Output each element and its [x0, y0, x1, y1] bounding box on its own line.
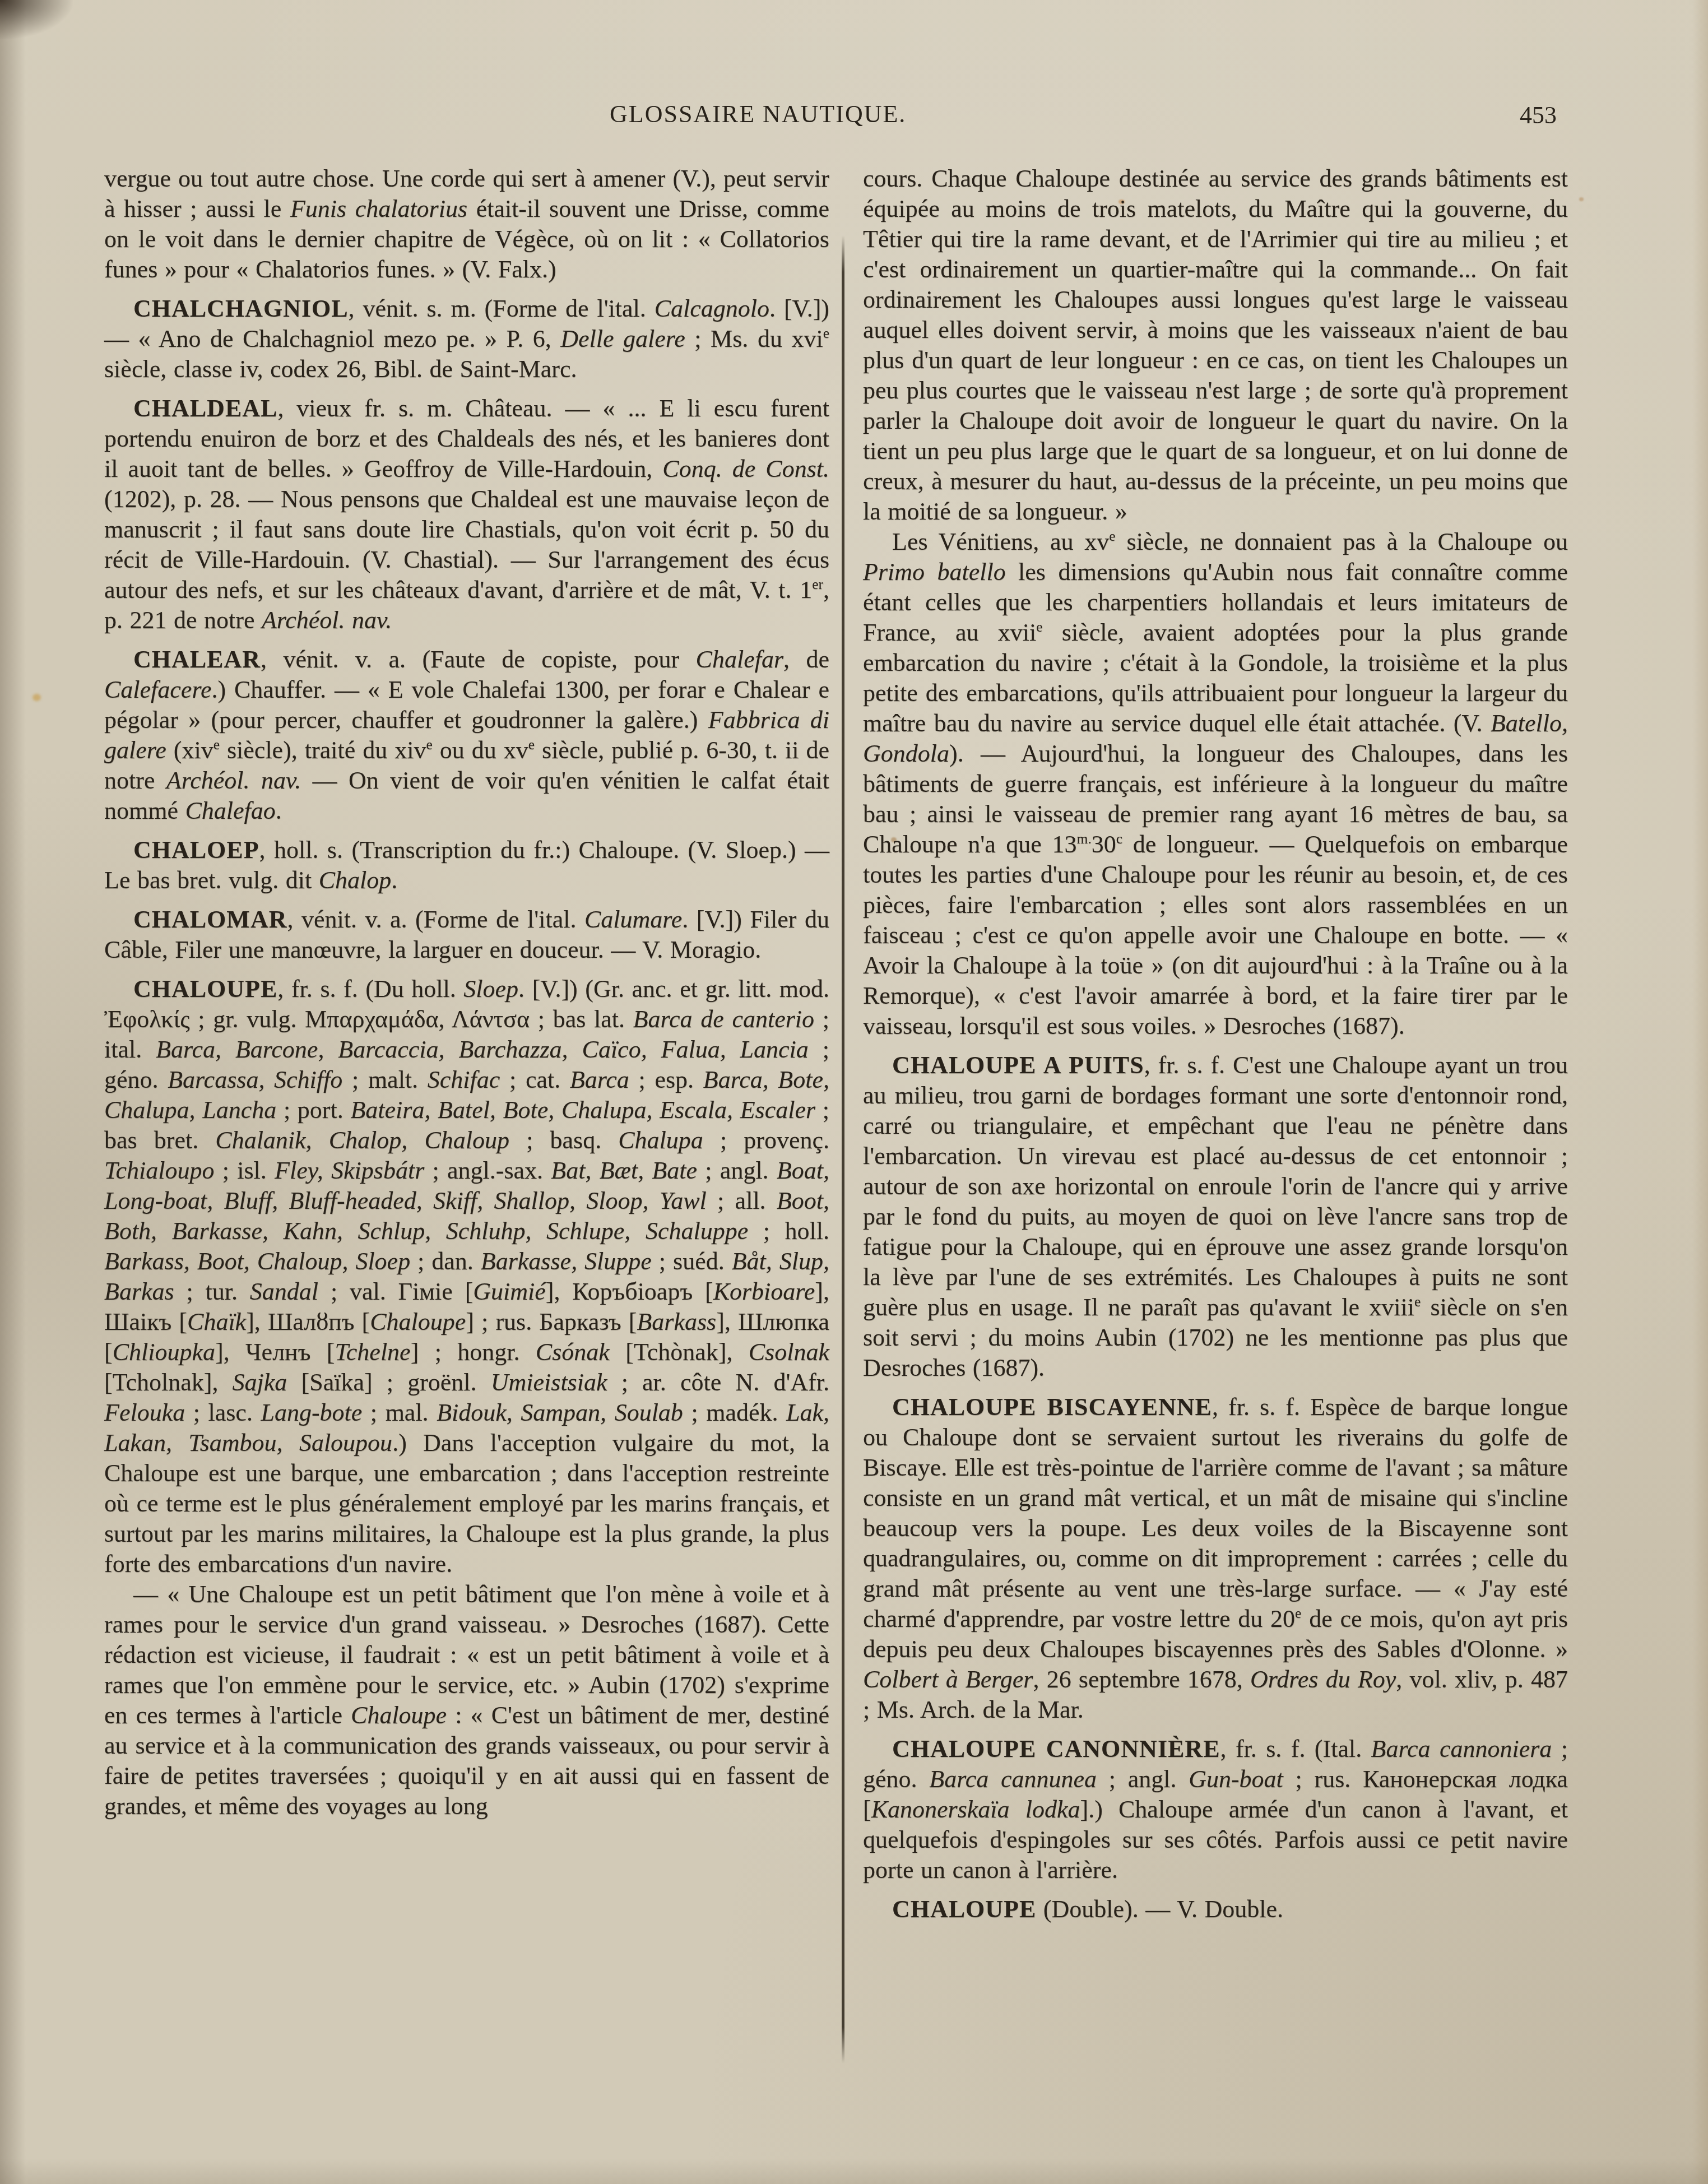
paper-stain [1579, 197, 1584, 201]
entry-chaloupe-a-puits: CHALOUPE A PUITS, fr. s. f. C'est une Ch… [863, 1050, 1568, 1383]
entry-chaloupe-biscayenne: CHALOUPE BISCAYENNE, fr. s. f. Espèce de… [863, 1392, 1568, 1725]
text-segment: [Saïka] ; groënl. [287, 1369, 490, 1396]
text-segment: Chlioupka [113, 1338, 215, 1366]
entry-chalomar: CHALOMAR, vénit. v. a. (Forme de l'ital.… [104, 905, 829, 965]
entry-headword: CHALDEAL [133, 395, 277, 422]
column-divider-rule [842, 235, 844, 2064]
text-segment: Tchialoupo [104, 1157, 214, 1184]
text-segment: (Double). — V. Double. [1036, 1895, 1283, 1923]
text-segment: ; isl. [214, 1157, 275, 1184]
continuation-chalatorius: vergue ou tout autre chose. Une corde qu… [104, 164, 829, 285]
entry-headword: CHALOUPE BISCAYENNE [892, 1393, 1212, 1421]
text-segment: Barkass, Boot, Chaloup, Sloep [104, 1248, 410, 1275]
text-segment: Fley, Skipsbátr [275, 1157, 424, 1184]
text-segment: ; angl. [1097, 1765, 1189, 1793]
entry-headword: CHALOUPE A PUITS [892, 1051, 1144, 1079]
text-segment: ; provenç. [703, 1126, 829, 1154]
text-segment: ; angl. [697, 1157, 777, 1184]
text-segment: ], Челнъ [ [215, 1338, 335, 1366]
running-title: GLOSSAIRE NAUTIQUE. [610, 100, 906, 128]
text-segment: Felouka [104, 1399, 185, 1426]
text-segment: ; basq. [509, 1126, 618, 1154]
scan-corner-shadow [0, 0, 73, 39]
text-segment: (xiv [166, 736, 214, 764]
text-segment: Primo batello [863, 558, 1006, 586]
text-segment: ], Коръбіоаръ [ [546, 1278, 713, 1305]
text-segment: ; ar. côte N. d'Afr. [607, 1369, 830, 1396]
text-segment: , fr. s. f. (Ital. [1220, 1735, 1371, 1763]
text-segment: Sajka [233, 1369, 287, 1396]
text-segment: Bateira, Batel, Bote, Chalupa, Escala, E… [350, 1096, 815, 1124]
text-segment: Chalanik, Chalop, Chaloup [215, 1126, 509, 1154]
text-segment: , fr. s. f. Espèce de barque longue ou C… [863, 1393, 1568, 1633]
text-segment: ], Шалȣпъ [ [246, 1308, 370, 1336]
text-segment: ; angl.-sax. [424, 1157, 551, 1184]
text-segment: e [528, 736, 535, 753]
text-segment: Schifac [428, 1066, 500, 1093]
text-segment: Sandal [250, 1278, 318, 1305]
text-segment: e [823, 325, 829, 341]
entry-chaloep: CHALOEP, holl. s. (Transcription du fr.:… [104, 835, 829, 896]
text-segment: Bat, Bæt, Bate [551, 1157, 697, 1184]
entry-chaloupe: CHALOUPE, fr. s. f. (Du holl. Sloep. [V.… [104, 974, 829, 1579]
text-segment: ; mal. [362, 1399, 437, 1426]
text-segment: Barkasse, Sluppe [481, 1248, 652, 1275]
text-segment: Conq. de Const. [662, 455, 829, 483]
text-segment: Korbioare [713, 1278, 815, 1305]
text-segment: Calcagnolo [655, 295, 769, 322]
text-segment: Tchelne [335, 1338, 410, 1366]
text-segment: Chalefar [696, 646, 783, 673]
entry-chalear: CHALEAR, vénit. v. a. (Faute de copiste,… [104, 644, 829, 826]
entry-headword: CHALEAR [133, 646, 261, 673]
text-segment: Chaïk [187, 1308, 246, 1336]
text-segment: [Tcholnak], [104, 1369, 233, 1396]
text-segment: e [214, 736, 220, 753]
text-segment: Chalefao [185, 797, 275, 824]
text-segment: Guimié [473, 1278, 546, 1305]
text-segment: 30 [1092, 831, 1116, 858]
text-segment: ; lasc. [185, 1399, 261, 1426]
entry-headword: CHALOEP [133, 836, 259, 864]
text-segment: Csolnak [749, 1338, 829, 1366]
right-column: cours. Chaque Chaloupe destinée au servi… [863, 164, 1568, 1925]
scanned-book-page: GLOSSAIRE NAUTIQUE. 453 vergue ou tout a… [0, 0, 1708, 2184]
text-segment: Chaloupe [370, 1308, 466, 1336]
page-left-edge-shadow [0, 0, 26, 2184]
text-segment: e [1036, 619, 1042, 635]
text-segment: ; val. Гіміе [ [318, 1278, 473, 1305]
text-segment: Calumare [584, 906, 682, 933]
entry-chalchagniol: CHALCHAGNIOL, vénit. s. m. (Forme de l'i… [104, 294, 829, 384]
text-segment: , de [783, 646, 829, 673]
text-segment: . [391, 866, 397, 894]
paragraph-desroches-quote: — « Une Chaloupe est un petit bâtiment q… [104, 1579, 829, 1821]
text-segment: (1202), p. 28. — Nous pensons que Chalde… [104, 485, 829, 604]
entry-headword: CHALOUPE [133, 975, 277, 1003]
entry-chaloupe-double: CHALOUPE (Double). — V. Double. [863, 1894, 1568, 1925]
text-segment: , fr. s. f. (Du holl. [277, 975, 463, 1003]
text-segment: siècle), traité du xiv [220, 736, 426, 764]
text-segment: e [1414, 1293, 1421, 1310]
entry-chaloupe-canonniere: CHALOUPE CANONNIÈRE, fr. s. f. (Ital. Ba… [863, 1734, 1568, 1885]
text-segment: , 26 septembre 1678, [1033, 1666, 1250, 1693]
text-segment: Colbert à Berger [863, 1666, 1033, 1693]
text-segment: Delle galere [560, 325, 685, 353]
text-segment: Csónak [536, 1338, 610, 1366]
text-segment: cours. Chaque Chaloupe destinée au servi… [863, 165, 1568, 525]
text-segment: ; Ms. du xvi [685, 325, 823, 353]
left-column: vergue ou tout autre chose. Une corde qu… [104, 164, 829, 1821]
text-segment: er [812, 576, 823, 592]
page-bottom-edge-shadow [0, 2158, 1708, 2184]
text-segment: ; madék. [683, 1399, 786, 1426]
entry-headword: CHALCHAGNIOL [133, 295, 349, 322]
entry-headword: CHALOUPE CANONNIÈRE [892, 1735, 1220, 1763]
text-segment: de longueur. — Quelquefois on embarque t… [863, 831, 1568, 1040]
text-segment: , fr. s. f. C'est une Chaloupe ayant un … [863, 1051, 1568, 1321]
text-segment: e [1109, 528, 1115, 544]
text-segment: Calefacere [104, 676, 211, 703]
text-segment: ; dan. [410, 1248, 481, 1275]
text-segment: Lang-bote [261, 1399, 362, 1426]
text-segment: e [426, 736, 432, 753]
text-segment: , vénit. v. a. (Faute de copiste, pour [261, 646, 696, 673]
text-segment: , vénit. s. m. (Forme de l'ital. [349, 295, 655, 322]
text-segment: Barkass [637, 1308, 716, 1336]
entry-headword: CHALOMAR [133, 906, 287, 933]
text-segment: ; tur. [174, 1278, 250, 1305]
text-segment: Gun-boat [1189, 1765, 1283, 1793]
text-segment: ; port. [276, 1096, 350, 1124]
text-segment: Barca cannunea [929, 1765, 1097, 1793]
paper-stain [33, 694, 41, 701]
text-segment: m. [1077, 831, 1092, 847]
text-segment: Barcassa, Schiffo [168, 1066, 342, 1093]
text-segment: e [1295, 1605, 1301, 1621]
text-segment: Archéol. nav. [262, 606, 392, 634]
text-segment: Barca cannoniera [1371, 1735, 1552, 1763]
text-segment: Chalop [319, 866, 392, 894]
text-segment: Les Vénitiens, au xv [892, 528, 1109, 555]
entry-headword: CHALOUPE [892, 1895, 1036, 1923]
text-segment: c [1116, 831, 1122, 847]
text-segment: Kanonerskaïa lodka [871, 1796, 1080, 1823]
text-segment: Bidouk, Sampan, Soulab [437, 1399, 683, 1426]
text-segment: Barca, Barcone, Barcaccia, Barchazza, Ca… [156, 1036, 809, 1063]
text-segment: Umieistsiak [491, 1369, 607, 1396]
text-segment: , vénit. v. a. (Forme de l'ital. [287, 906, 584, 933]
text-segment: [Tchònak], [610, 1338, 749, 1366]
text-segment: Chalupa [618, 1126, 703, 1154]
text-segment: ; cat. [500, 1066, 570, 1093]
text-segment: ou du xv [433, 736, 528, 764]
text-segment: Sloep [463, 975, 518, 1003]
text-segment: Archéol. nav. [166, 767, 301, 794]
text-segment: Barca de canterio [633, 1005, 814, 1033]
text-segment: Chaloupe [351, 1701, 447, 1729]
text-segment: ; holl. [748, 1217, 829, 1245]
paragraph-venitiens: Les Vénitiens, au xve siècle, ne donnaie… [863, 527, 1568, 1041]
text-segment: ; all. [707, 1187, 777, 1214]
entry-chaldeal: CHALDEAL, vieux fr. s. m. Château. — « .… [104, 393, 829, 636]
text-segment: ; malt. [342, 1066, 428, 1093]
continuation-aubin-quote: cours. Chaque Chaloupe destinée au servi… [863, 164, 1568, 527]
page-number: 453 [1520, 101, 1557, 129]
text-segment: ] ; hongr. [411, 1338, 536, 1366]
text-segment: . [276, 797, 282, 824]
text-segment: ; suéd. [652, 1248, 732, 1275]
text-segment: siècle, ne donnaient pas à la Chaloupe o… [1116, 528, 1568, 555]
text-segment: Funis chalatorius [290, 195, 467, 222]
text-segment: ] ; rus. Барказъ [ [466, 1308, 637, 1336]
text-segment: Ordres du Roy [1250, 1666, 1396, 1693]
text-segment: ; esp. [629, 1066, 703, 1093]
text-segment: Barca [570, 1066, 629, 1093]
text-segment: siècle, classe iv, codex 26, Bibl. de Sa… [104, 355, 577, 383]
page-right-edge-shadow [1692, 0, 1708, 2184]
